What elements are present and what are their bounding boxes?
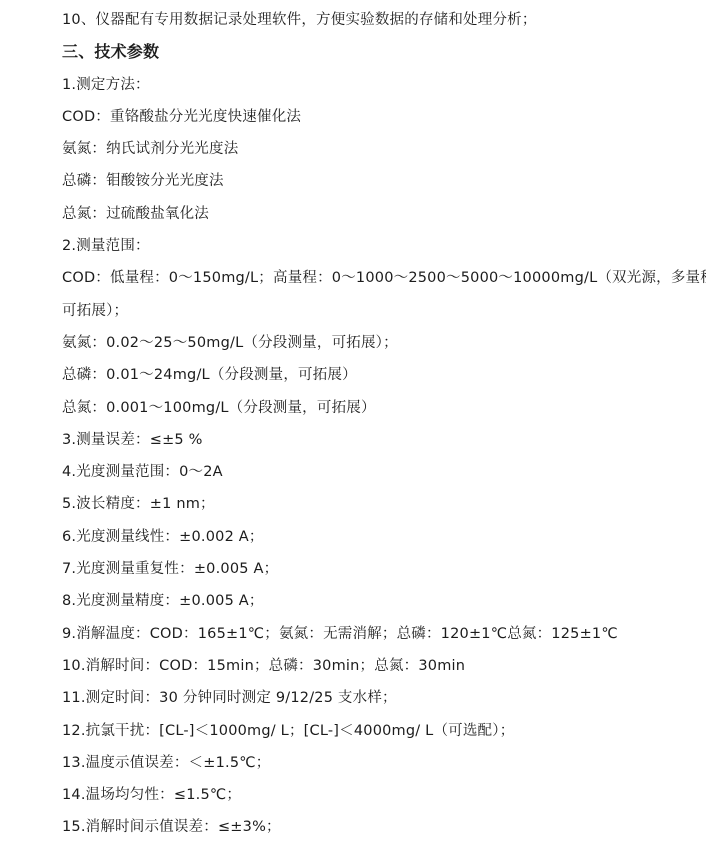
spec-photometric-linearity: 6.光度测量线性：±0.002 A； [62, 521, 650, 553]
spec-measuring-range-title: 2.测量范围： [62, 230, 650, 262]
spec-method-cod: COD：重铬酸盐分光光度快速催化法 [62, 101, 650, 133]
spec-wavelength-accuracy: 5.波长精度：±1 nm； [62, 488, 650, 520]
spec-method-ammonia-nitrogen: 氨氮：纳氏试剂分光光度法 [62, 133, 650, 165]
spec-method-total-phosphorus: 总磷：钼酸铵分光光度法 [62, 165, 650, 197]
spec-measuring-time: 11.测定时间：30 分钟同时测定 9/12/25 支水样； [62, 682, 650, 714]
spec-digestion-temperature: 9.消解温度：COD：165±1℃；氨氮：无需消解；总磷：120±1℃总氮：12… [62, 618, 650, 650]
spec-range-cod: COD：低量程：0～150mg/L；高量程：0～1000～2500～5000～1… [62, 262, 650, 294]
spec-digestion-time: 10.消解时间：COD：15min；总磷：30min；总氮：30min [62, 650, 650, 682]
spec-temperature-display-error: 13.温度示值误差：＜±1.5℃； [62, 747, 650, 779]
spec-range-cod-continuation: 可拓展）； [62, 295, 650, 327]
document-page: 10、仪器配有专用数据记录处理软件，方便实验数据的存储和处理分析； 三、技术参数… [0, 0, 706, 841]
spec-temperature-field-uniformity: 14.温场均匀性：≤1.5℃； [62, 779, 650, 811]
spec-range-total-nitrogen: 总氮：0.001～100mg/L（分段测量，可拓展） [62, 392, 650, 424]
spec-chloride-interference: 12.抗氯干扰：[CL-]＜1000mg/ L；[CL-]＜4000mg/ L（… [62, 715, 650, 747]
spec-method-total-nitrogen: 总氮：过硫酸盐氧化法 [62, 198, 650, 230]
spec-measurement-error: 3.测量误差：≤±5 % [62, 424, 650, 456]
spec-photometric-repeatability: 7.光度测量重复性：±0.005 A； [62, 553, 650, 585]
feature-item-10: 10、仪器配有专用数据记录处理软件，方便实验数据的存储和处理分析； [62, 4, 650, 36]
spec-measuring-methods-title: 1.测定方法： [62, 69, 650, 101]
spec-range-total-phosphorus: 总磷：0.01～24mg/L（分段测量，可拓展） [62, 359, 650, 391]
spec-photometric-accuracy: 8.光度测量精度：±0.005 A； [62, 585, 650, 617]
spec-range-ammonia-nitrogen: 氨氮：0.02～25～50mg/L（分段测量，可拓展）； [62, 327, 650, 359]
spec-digestion-time-display-error: 15.消解时间示值误差：≤±3%； [62, 811, 650, 841]
spec-photometric-range: 4.光度测量范围：0～2A [62, 456, 650, 488]
section-heading-technical-parameters: 三、技术参数 [62, 36, 650, 68]
